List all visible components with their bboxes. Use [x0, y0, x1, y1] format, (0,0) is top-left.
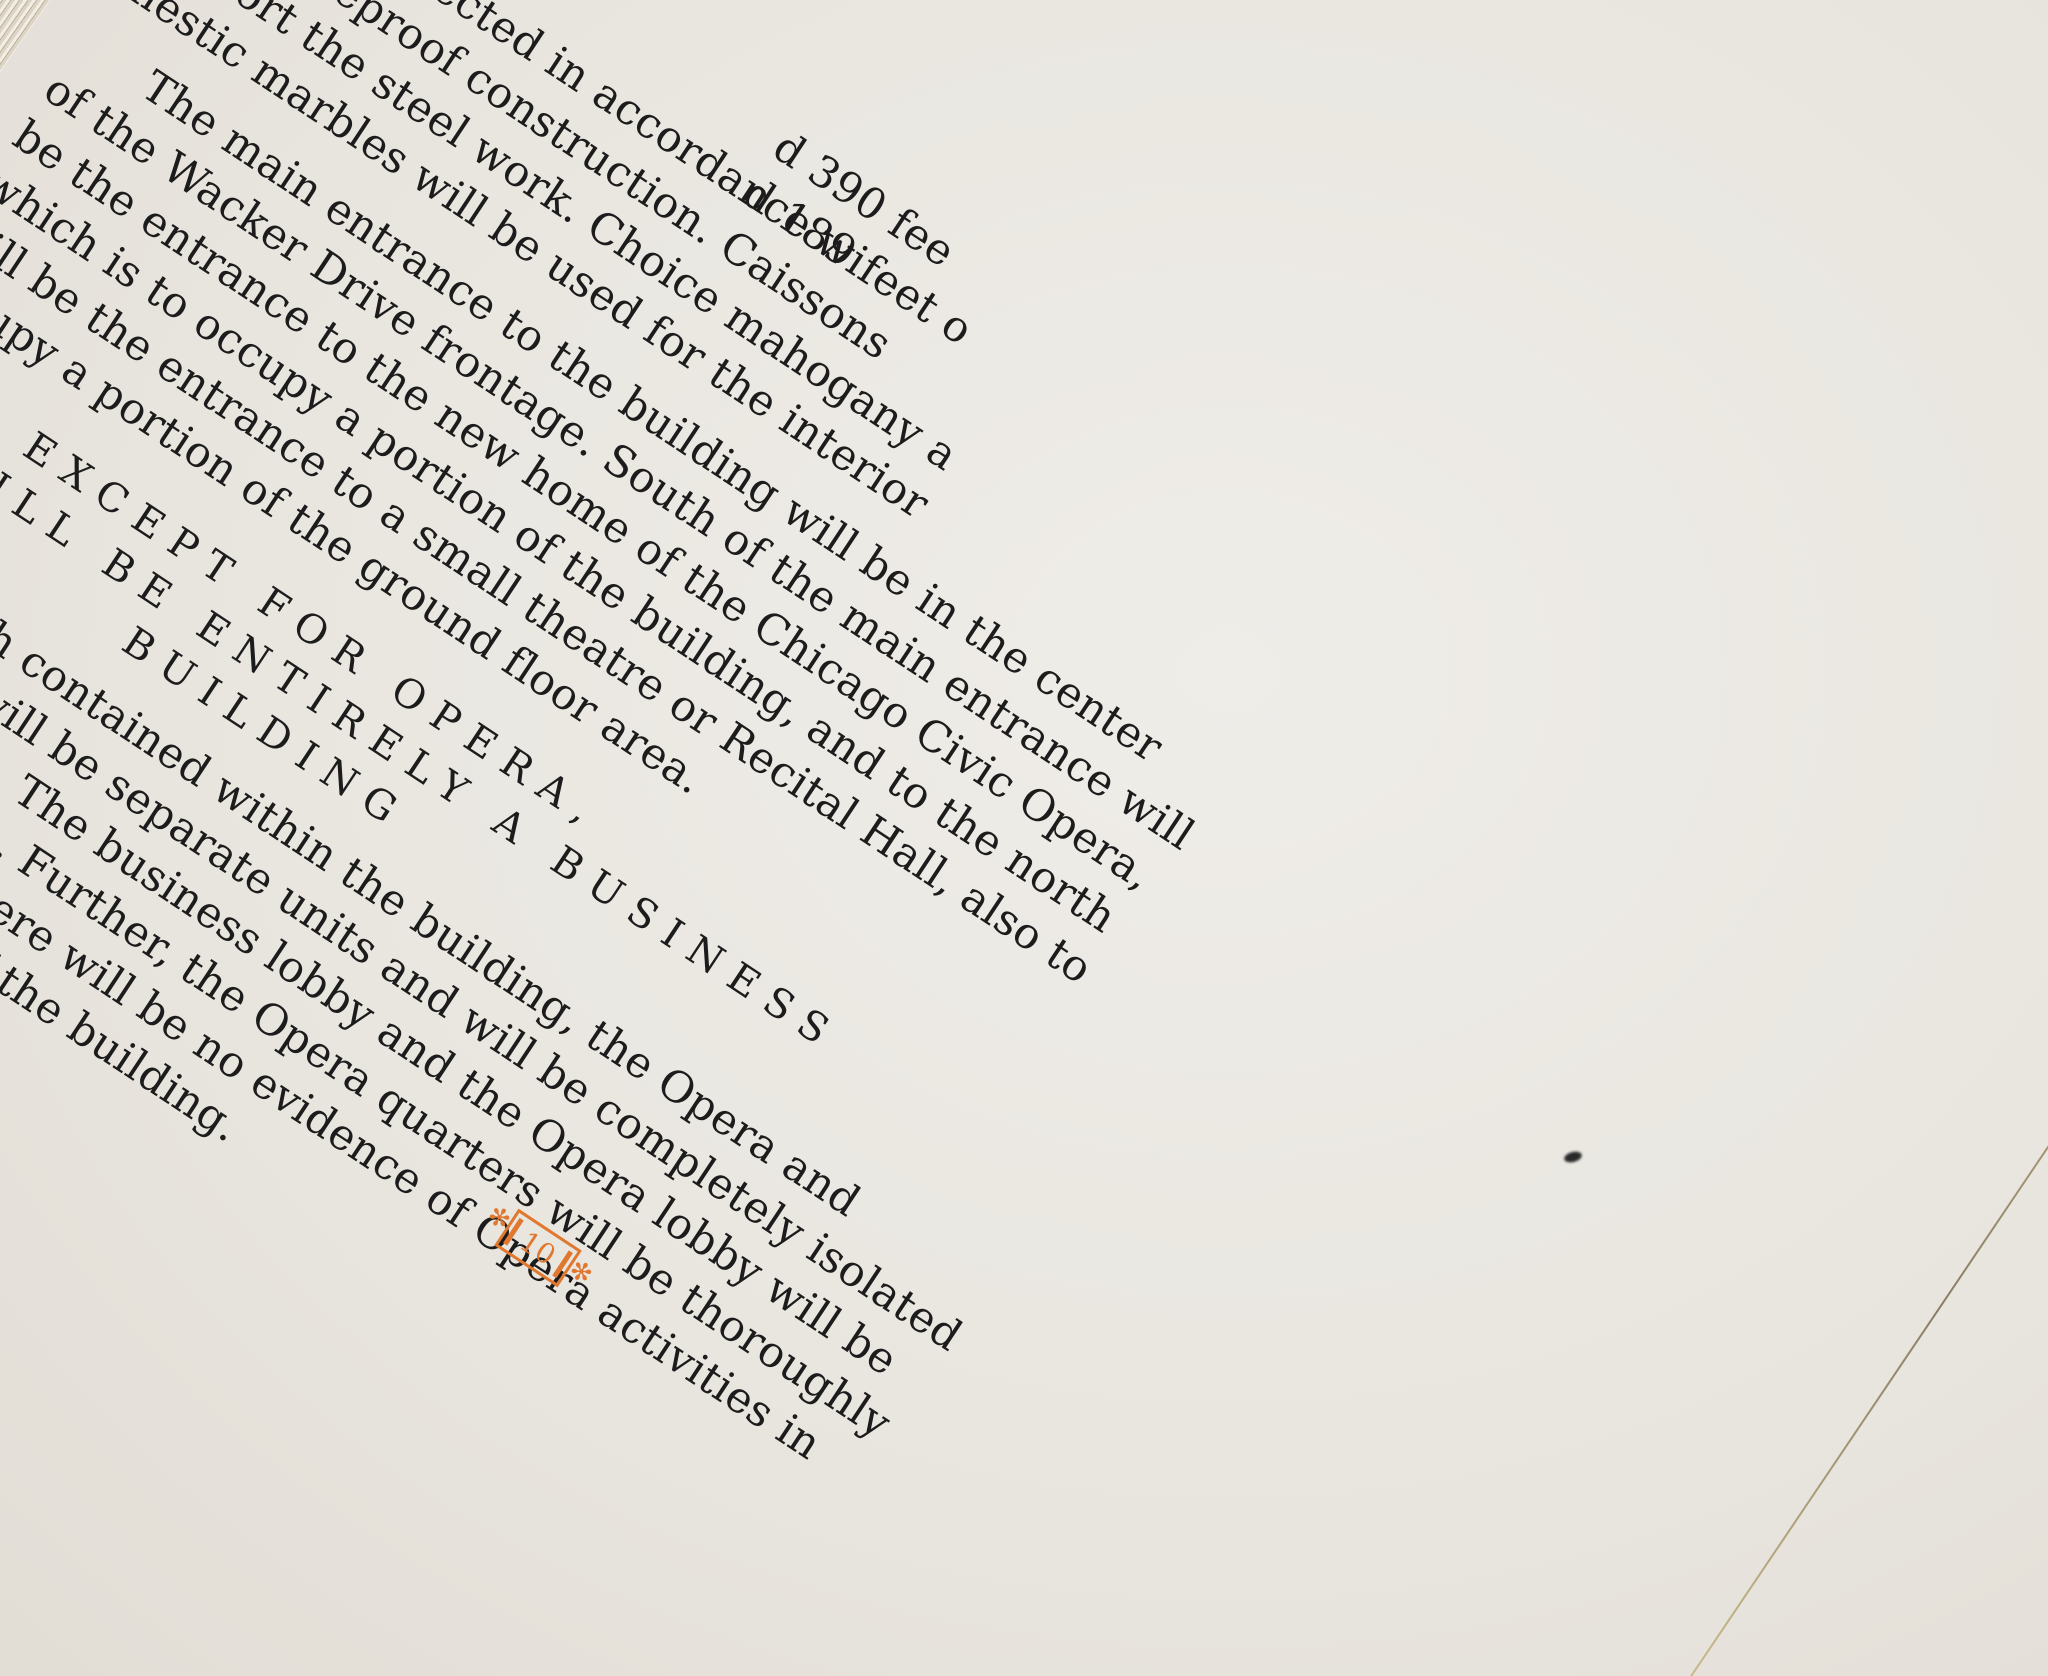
rotated-text-block: d 390 fee d 189 feet o g erected in acco… — [0, 0, 1323, 298]
book-page: d 390 fee d 189 feet o g erected in acco… — [0, 0, 2048, 1676]
page-fold-line — [1690, 930, 2048, 1676]
ink-speck — [1563, 1150, 1583, 1164]
page-stack-edge — [0, 0, 59, 86]
